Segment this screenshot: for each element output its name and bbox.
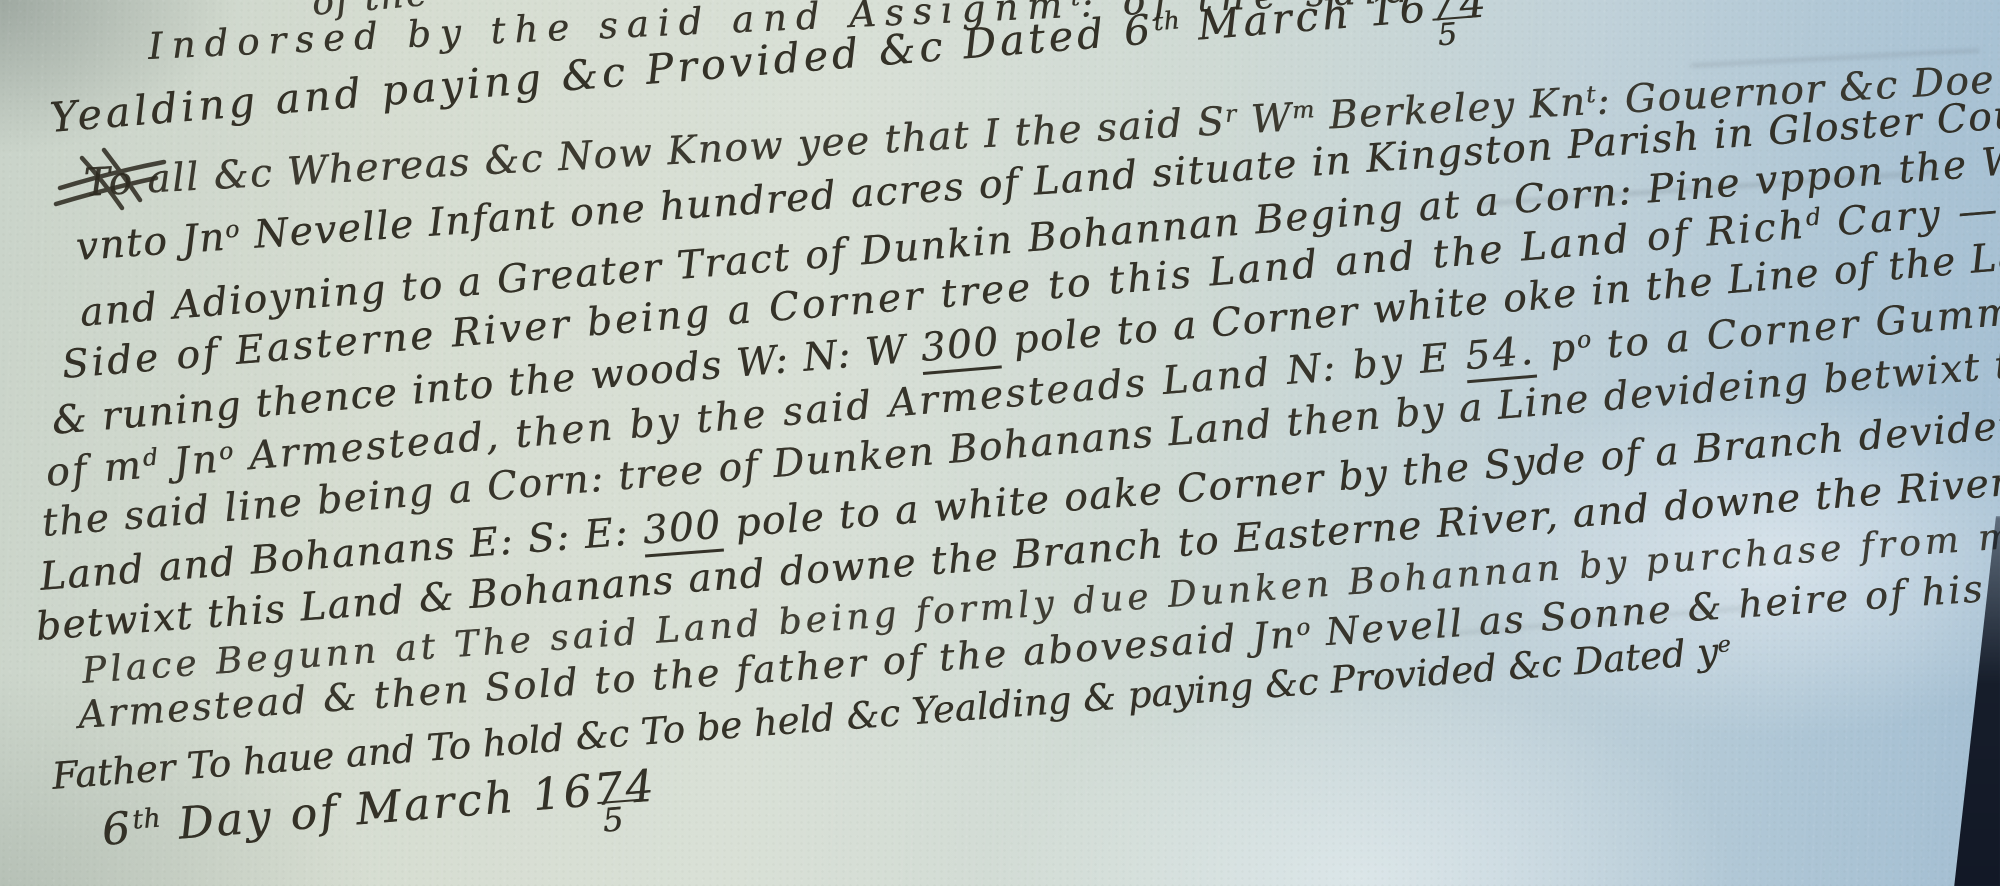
superscript-text: m bbox=[1291, 95, 1315, 124]
year-oldstyle-sub: 5 bbox=[597, 799, 643, 838]
split-year: 16745 bbox=[1368, 0, 1520, 36]
split-year: 16745 bbox=[531, 759, 686, 820]
text-segment: p bbox=[1533, 325, 1579, 373]
text-segment: 300 bbox=[919, 320, 1002, 375]
text-segment: W bbox=[1236, 96, 1294, 144]
manuscript-photo: of theIndorsed by the said and Assignmt:… bbox=[0, 0, 2000, 886]
superscript-text: e bbox=[1716, 631, 1732, 658]
text-segment: 300 bbox=[641, 503, 723, 558]
text-segment: of m bbox=[44, 443, 145, 496]
text-segment: March bbox=[1179, 0, 1372, 51]
superscript-text: th bbox=[131, 803, 162, 836]
text-segment: vnto Jn bbox=[74, 215, 227, 270]
superscript-text: th bbox=[1152, 5, 1181, 36]
text-segment: 6 bbox=[100, 803, 135, 856]
year-oldstyle-sub: 5 bbox=[1432, 15, 1478, 52]
text-segment: 54. bbox=[1463, 329, 1537, 384]
text-segment: Jn bbox=[157, 437, 221, 487]
manuscript-text-layer: of theIndorsed by the said and Assignmt:… bbox=[0, 0, 2000, 886]
